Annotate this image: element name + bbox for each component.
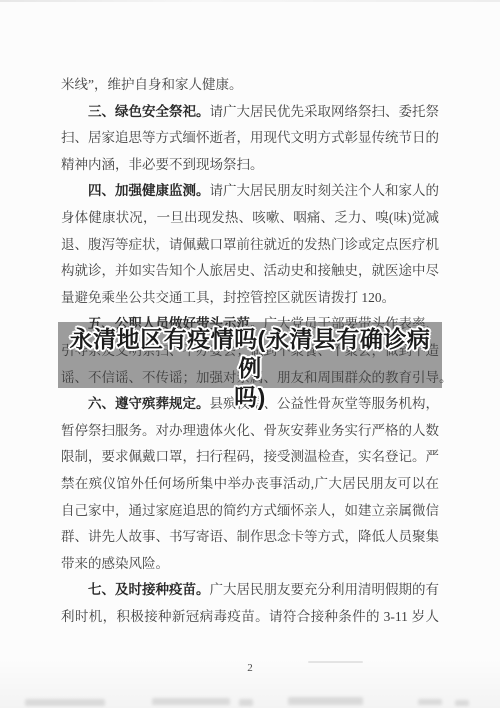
doc-line: 暂停祭扫服务。对办理遗体火化、骨灰安葬业务实行严格的人数 xyxy=(61,418,439,445)
page-number: 2 xyxy=(0,661,500,675)
doc-line-text: 量避免乘坐公共交通工具，封控管控区就医请拨打 120。 xyxy=(61,290,395,305)
scan-artifact-smudge xyxy=(152,698,230,705)
doc-line: 禁在殡仪馆外任何场所集中举办丧事活动,广大居民朋友可以在 xyxy=(61,471,439,498)
doc-line: 构就诊，并如实告知个人旅居史、活动史和接触史，就医途中尽 xyxy=(61,258,439,285)
scan-artifact-top-edge xyxy=(0,0,500,2)
doc-line: 退、腹泻等症状，请佩戴口罩前往就近的发热门诊或定点医疗机 xyxy=(61,232,439,259)
scan-artifact-smudge xyxy=(239,699,253,706)
doc-line-text: 禁在殡仪馆外任何场所集中举办丧事活动,广大居民朋友可以在 xyxy=(61,476,439,491)
doc-line: 自己家中，通过家庭追思的简约方式缅怀亲人，如建立亲属微信 xyxy=(61,498,439,525)
doc-line-heading: 七、及时接种疫苗。 xyxy=(88,582,210,597)
doc-line-text: 请广大居民朋友时刻关注个人和家人的 xyxy=(210,183,440,198)
scan-artifact-scratch xyxy=(308,661,363,663)
doc-line-heading: 四、加强健康监测。 xyxy=(88,183,210,198)
document-page: 米线”，维护自身和家人健康。三、绿色安全祭祀。请广大居民优先采取网络祭扫、委托祭… xyxy=(0,0,500,708)
headline-text-line1: 永清地区有疫情吗(永清县有确诊病例 xyxy=(58,325,442,383)
doc-line-text: 限制，要求佩戴口罩，扫行程码，接受测温检查，实名登记。严 xyxy=(61,449,439,464)
doc-line: 带来的感染风险。 xyxy=(61,551,439,578)
doc-line: 群、讲先人故事、书写寄语、制作思念卡等方式，降低人员聚集 xyxy=(61,524,439,551)
scan-artifact-smudge xyxy=(455,700,469,706)
doc-line-text: 构就诊，并如实告知个人旅居史、活动史和接触史，就医途中尽 xyxy=(61,263,439,278)
doc-line-text: 米线”，维护自身和家人健康。 xyxy=(61,77,243,92)
scan-artifact-smudge xyxy=(288,697,363,705)
scan-artifact-smudge xyxy=(418,699,442,705)
doc-line: 精神内涵，非必要不到现场祭扫。 xyxy=(61,152,439,179)
doc-line-text: 暂停祭扫服务。对办理遗体火化、骨灰安葬业务实行严格的人数 xyxy=(61,423,439,438)
doc-line-text: 退、腹泻等症状，请佩戴口罩前往就近的发热门诊或定点医疗机 xyxy=(61,237,439,252)
doc-line-text: 请广大居民优先采取网络祭扫、委托祭 xyxy=(210,104,440,119)
doc-line-text: 自己家中，通过家庭追思的简约方式缅怀亲人，如建立亲属微信 xyxy=(61,503,439,518)
doc-line-text: 带来的感染风险。 xyxy=(61,556,169,571)
headline-overlay: 永清地区有疫情吗(永清县有确诊病例 吗) xyxy=(58,325,442,412)
doc-line-text: 扫、居家追思等方式缅怀逝者，用现代文明方式彰显传统节日的 xyxy=(61,130,439,145)
doc-line: 四、加强健康监测。请广大居民朋友时刻关注个人和家人的 xyxy=(61,178,439,205)
doc-line: 米线”，维护自身和家人健康。 xyxy=(61,72,439,99)
doc-line: 扫、居家追思等方式缅怀逝者，用现代文明方式彰显传统节日的 xyxy=(61,125,439,152)
headline-text-line2: 吗) xyxy=(58,383,442,412)
doc-line-text: 利时机，积极接种新冠病毒疫苗。请符合接种条件的 3-11 岁人 xyxy=(61,609,439,624)
doc-line: 三、绿色安全祭祀。请广大居民优先采取网络祭扫、委托祭 xyxy=(61,99,439,126)
doc-line: 利时机，积极接种新冠病毒疫苗。请符合接种条件的 3-11 岁人 xyxy=(61,604,439,631)
doc-line: 七、及时接种疫苗。广大居民朋友要充分利用清明假期的有 xyxy=(61,577,439,604)
doc-line-heading: 三、绿色安全祭祀。 xyxy=(88,104,210,119)
doc-line-text: 广大居民朋友要充分利用清明假期的有 xyxy=(210,582,440,597)
doc-line: 量避免乘坐公共交通工具，封控管控区就医请拨打 120。 xyxy=(61,285,439,312)
doc-line-text: 身体健康状况，一旦出现发热、咳嗽、咽痛、乏力、嗅(味)觉减 xyxy=(61,210,439,225)
scan-artifact-smudge xyxy=(25,699,105,706)
doc-line-text: 群、讲先人故事、书写寄语、制作思念卡等方式，降低人员聚集 xyxy=(61,529,439,544)
doc-line: 身体健康状况，一旦出现发热、咳嗽、咽痛、乏力、嗅(味)觉减 xyxy=(61,205,439,232)
doc-line: 限制，要求佩戴口罩，扫行程码，接受测温检查，实名登记。严 xyxy=(61,444,439,471)
doc-line-text: 精神内涵，非必要不到现场祭扫。 xyxy=(61,157,264,172)
